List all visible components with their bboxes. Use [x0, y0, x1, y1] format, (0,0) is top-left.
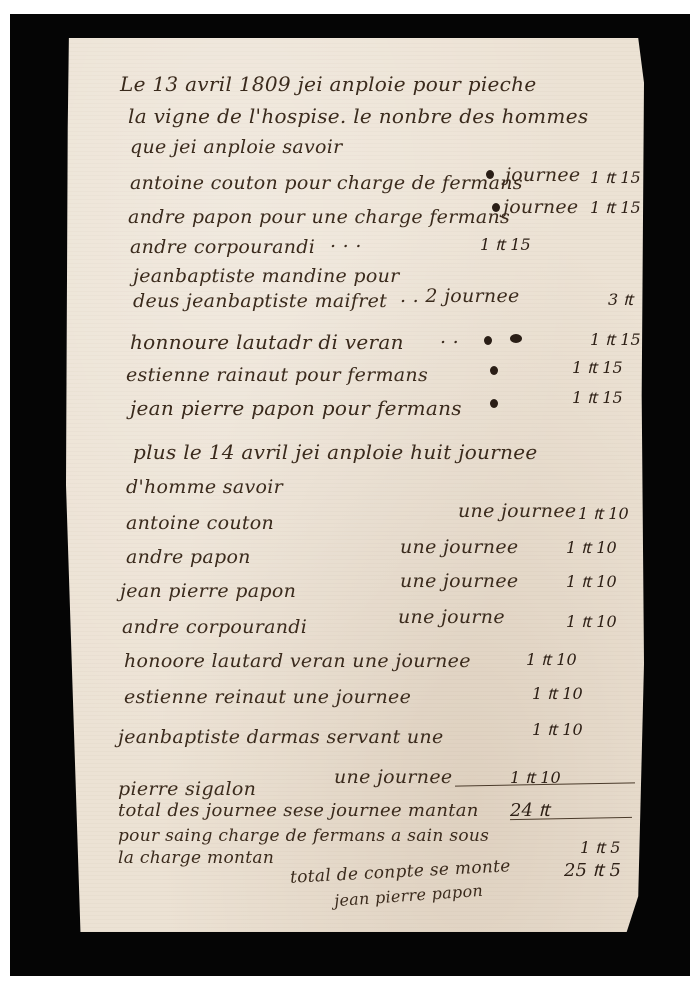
- ink-blot: [510, 334, 522, 343]
- entry-amount: 1 ₶ 15: [572, 386, 623, 408]
- entry-name: antoine couton: [126, 512, 274, 534]
- grand-total-amount: 25 ₶ 5: [564, 858, 621, 882]
- entry-name: jean pierre papon: [120, 580, 296, 602]
- entry-amount: 1 ₶ 10: [578, 502, 629, 524]
- entry-name: estienne reinaut une journee: [124, 686, 411, 708]
- section2-header-line-2: d'homme savoir: [126, 476, 283, 498]
- entry-amount: 1 ₶ 15: [590, 166, 641, 188]
- entry-amount: 1 ₶ 10: [532, 718, 583, 740]
- entry-amount: 1 ₶ 15: [480, 233, 531, 255]
- entry-amount: 1 ₶ 15: [590, 328, 641, 350]
- entry-name: honnoure lautadr di veran: [130, 330, 404, 354]
- charge-line-1: pour saing charge de fermans a sain sous: [118, 826, 489, 846]
- entry-name: andre papon pour une charge fermans: [128, 206, 510, 228]
- charge-amount: 1 ₶ 5: [580, 836, 620, 858]
- entry-detail: une journee: [334, 766, 452, 788]
- entry-name: honoore lautard veran une journee: [124, 650, 471, 672]
- entry-name: jeanbaptiste mandine pour: [133, 265, 400, 287]
- entry-detail: une journee: [400, 536, 518, 558]
- entry-name: andre corpourandi: [130, 236, 315, 258]
- entry-amount: 1 ₶ 10: [566, 536, 617, 558]
- entry-amount: 1 ₶ 15: [572, 356, 623, 378]
- header-line-2: la vigne de l'hospise. le nonbre des hom…: [128, 104, 588, 128]
- section2-header-line-1: plus le 14 avril jei anploie huit journe…: [133, 440, 538, 464]
- entry-amount: 1 ₶ 10: [526, 648, 577, 670]
- ink-blot: [490, 366, 498, 375]
- entry-amount: 1 ₶ 10: [566, 610, 617, 632]
- ink-blot: [492, 203, 500, 212]
- entry-name: pierre sigalon: [118, 778, 256, 800]
- entry-detail: . .: [440, 326, 459, 348]
- entry-detail: une journee: [458, 500, 576, 522]
- entry-amount: 1 ₶ 10: [566, 570, 617, 592]
- ink-blot: [486, 170, 494, 179]
- entry-detail: une journee: [400, 570, 518, 592]
- charge-line-2: la charge montan: [118, 848, 274, 868]
- total-days-line: total des journee sese journee mantan: [118, 800, 479, 821]
- entry-amount: 1 ₶ 10: [532, 682, 583, 704]
- entry-detail: . . .: [330, 230, 362, 252]
- entry-name: deus jeanbaptiste maifret: [133, 290, 387, 312]
- ink-blot: [484, 336, 492, 345]
- header-line-3: que jei anploie savoir: [130, 136, 343, 158]
- entry-name: estienne rainaut pour fermans: [126, 364, 428, 386]
- entry-amount: 1 ₶ 15: [590, 196, 641, 218]
- entry-detail: une journe: [398, 606, 505, 628]
- entry-detail: journee: [503, 196, 578, 218]
- entry-name: andre corpourandi: [122, 616, 307, 638]
- entry-name: andre papon: [126, 546, 251, 568]
- header-line-1: Le 13 avril 1809 jei anploie pour pieche: [120, 72, 537, 96]
- entry-detail: journee: [505, 164, 580, 186]
- entry-detail: . . 2 journee: [400, 285, 520, 307]
- entry-name: jean pierre papon pour fermans: [130, 396, 462, 420]
- entry-name: jeanbaptiste darmas servant une: [118, 726, 444, 748]
- entry-amount: 3 ₶: [608, 288, 633, 310]
- ink-blot: [490, 399, 498, 408]
- entry-name: antoine couton pour charge de fermans: [130, 172, 523, 194]
